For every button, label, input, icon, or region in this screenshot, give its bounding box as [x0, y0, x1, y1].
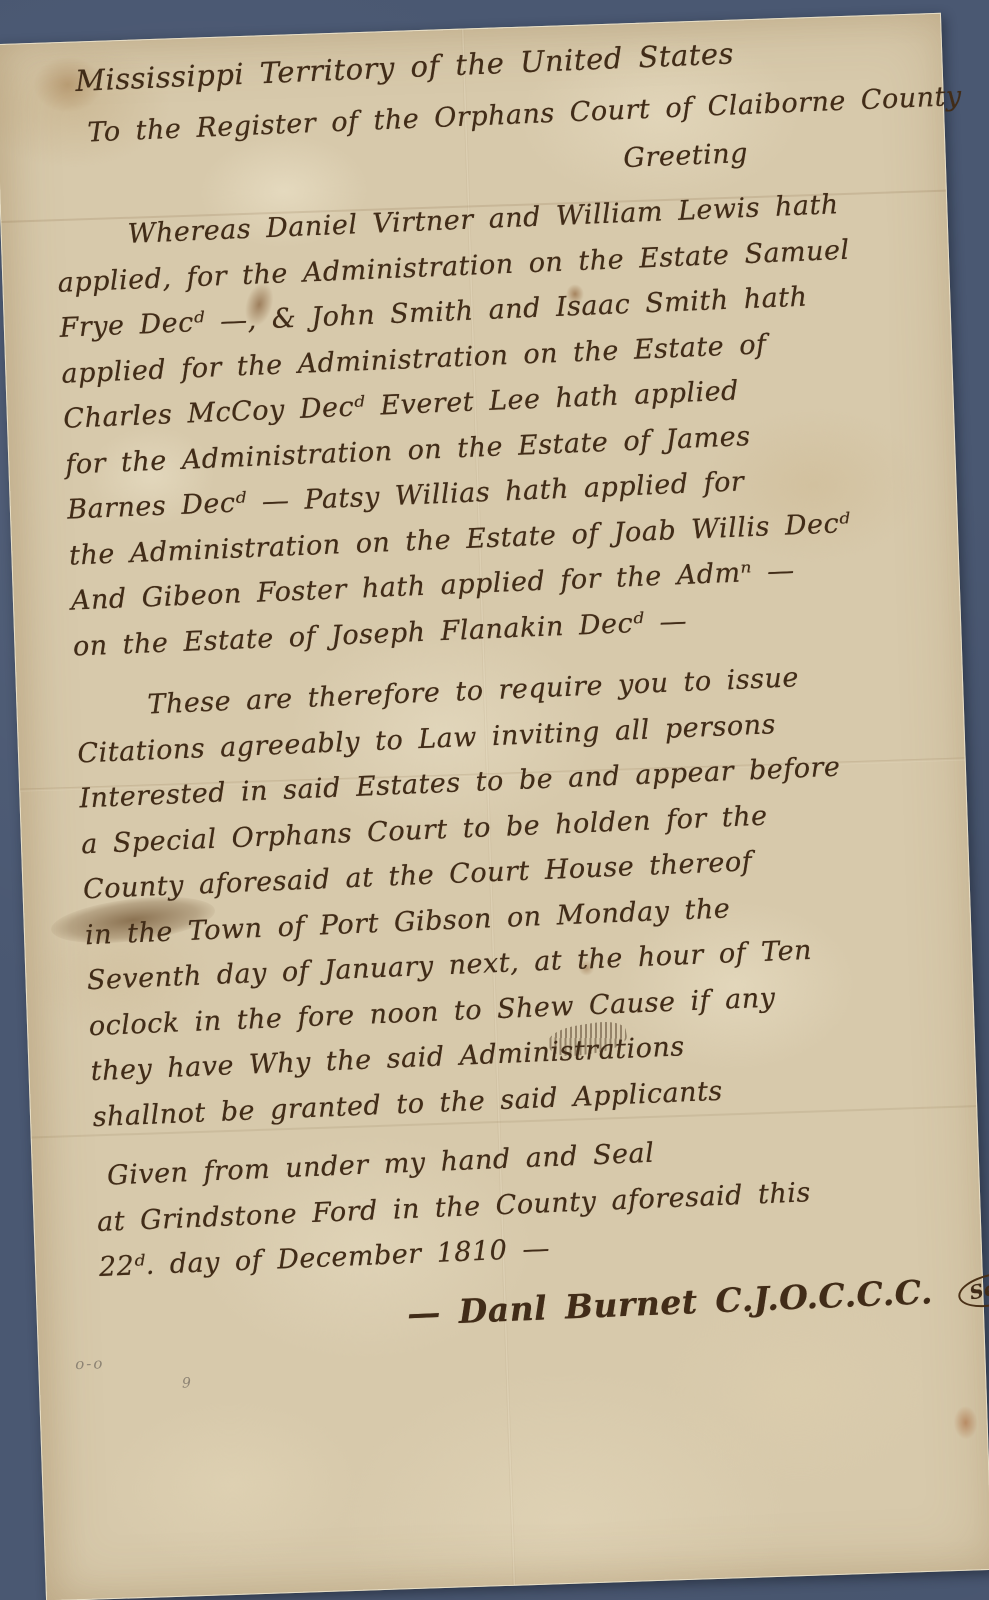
pencil-mark: o-o — [75, 1354, 105, 1373]
manuscript-paragraph: Given from under my hand and Sealat Grin… — [78, 1118, 962, 1291]
document-paper: Mississippi Territory of the United Stat… — [0, 13, 989, 1600]
document-body: Whereas Daniel Virtner and William Lewis… — [39, 179, 962, 1291]
signature: — Danl Burnet C.J.O.C.C.C. — [406, 1272, 933, 1333]
signature-row: — Danl Burnet C.J.O.C.C.C. Seal — [406, 1270, 964, 1335]
manuscript-paragraph: Whereas Daniel Virtner and William Lewis… — [39, 179, 936, 670]
manuscript-content: Mississippi Territory of the United Stat… — [32, 19, 964, 1349]
pencil-mark: 9 — [182, 1375, 191, 1391]
seal-mark: Seal — [955, 1266, 989, 1313]
photo-background: Mississippi Territory of the United Stat… — [0, 0, 989, 1600]
manuscript-paragraph: These are therefore to require you to is… — [59, 649, 956, 1140]
paper-stain — [953, 1405, 978, 1440]
